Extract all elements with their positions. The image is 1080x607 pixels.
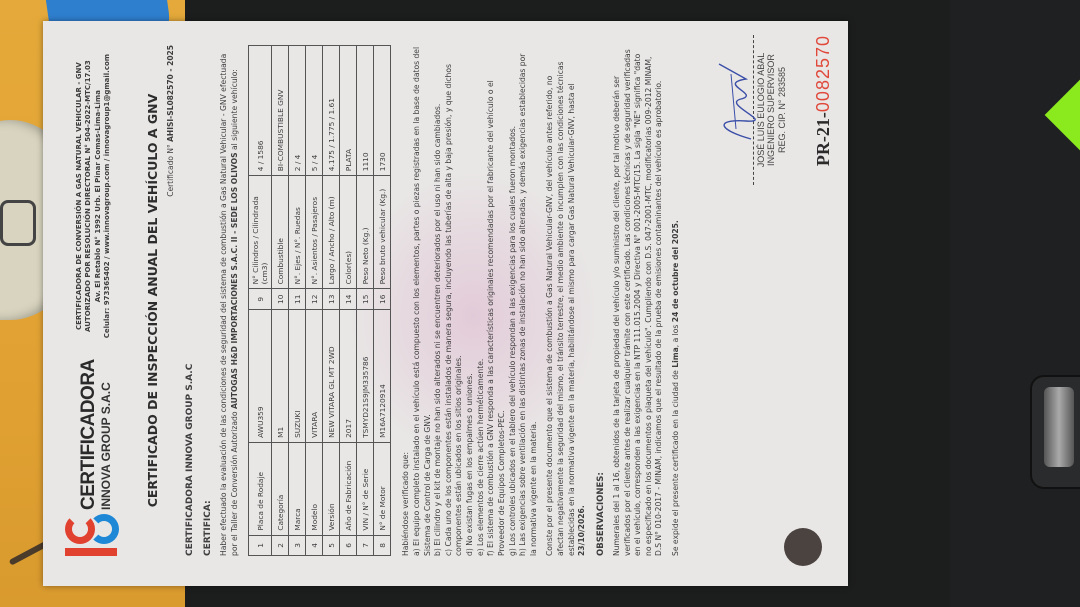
cert-number-value: AHISI-SL082570 - 2025: [166, 45, 175, 142]
row-number: 15: [357, 289, 374, 310]
issued-prefix: Se expide el presente certificado en la …: [671, 370, 680, 556]
dark-surface: [950, 0, 1080, 607]
verification-list: Habiéndose verificado que: a) El equipo …: [401, 45, 539, 556]
field-value: NEW VITARA GL MT 2WD: [323, 310, 340, 443]
field-value: SUZUKI: [289, 310, 306, 443]
table-row: 7VIN / N° de SerieTSMYD21S9JM33578615Pes…: [357, 46, 374, 556]
logo-line1: CERTIFICADORA: [79, 359, 98, 510]
document-title: CERTIFICADO DE INSPECCIÓN ANUAL DEL VEHÍ…: [145, 45, 160, 556]
verification-item: h) Las exigencias sobre ventilación en l…: [518, 45, 539, 556]
serial-prefix: PR-21-: [813, 112, 833, 166]
verification-item: g) Los controles ubicados en el tablero …: [508, 45, 519, 556]
verification-item: e) Los elementos de cierre actúen hermét…: [476, 45, 487, 556]
field-value: AWU359: [249, 310, 272, 443]
row-number: 14: [340, 289, 357, 310]
signature-scribble-icon: [711, 59, 761, 149]
signature-block: JOSÉ LUIS EULOGIO ABAL INGENIERO SUPERVI…: [753, 35, 788, 185]
logo-text: CERTIFICADORA INNOVA GROUP S.A.C: [79, 359, 112, 510]
serial-value: 0082570: [813, 35, 833, 112]
certificate-paper: CERTIFICADORA INNOVA GROUP S.A.C CERTIFI…: [43, 21, 848, 586]
row-number: 11: [289, 289, 306, 310]
signer-registry: REG. CIP. N° 283585: [777, 35, 788, 185]
row-number: 3: [289, 535, 306, 555]
field-value: 4 / 1586: [249, 46, 272, 176]
conclusion-paragraph: Conste por el presente documento que el …: [545, 45, 588, 556]
intro-suffix: al siguiente vehículo:: [230, 69, 239, 150]
verification-item: a) El equipo completo instalado en el ve…: [412, 45, 433, 556]
row-number: 8: [374, 535, 391, 555]
verification-item: b) El cilindro y el kit de montaje no ha…: [433, 45, 444, 556]
company-contact: Celular: 973365402 / www.innovagroup.com…: [103, 45, 112, 347]
field-label: N°. Ejes / N°. Ruedas: [289, 176, 306, 289]
row-number: 6: [340, 535, 357, 555]
row-number: 1: [249, 535, 272, 555]
issued-mid: , a los: [671, 325, 680, 348]
field-value: VITARA: [306, 310, 323, 443]
verification-item: c) Cada uno de los componentes están ins…: [444, 45, 465, 556]
field-value: M16A7120914: [374, 310, 391, 443]
row-number: 16: [374, 289, 391, 310]
field-value: 4.175 / 1.775 / 1.61: [323, 46, 340, 176]
intro-paragraph: Haber efectuado la evaluación de las con…: [219, 45, 240, 556]
valid-until: 23/10/2026.: [577, 505, 586, 556]
logo-line2: INNOVA GROUP S.A.C: [100, 359, 112, 510]
row-number: 10: [272, 289, 289, 310]
field-label: Color(es): [340, 176, 357, 289]
field-label: N° Cilindros / Cilindrada (cm3): [249, 176, 272, 289]
field-label: Largo / Ancho / Alto (m): [323, 176, 340, 289]
conclusion-text: Conste por el presente documento que el …: [545, 62, 575, 556]
certifica-heading: CERTIFICA:: [203, 45, 213, 556]
table-row: 1Placa de RodajeAWU3599N° Cilindros / Ci…: [249, 46, 272, 556]
field-value: TSMYD21S9JM335786: [357, 310, 374, 443]
field-value: 1110: [357, 46, 374, 176]
row-number: 5: [323, 535, 340, 555]
field-value: 1730: [374, 46, 391, 176]
row-number: 13: [323, 289, 340, 310]
verification-item: f) El sistema de combustión a GNV respon…: [486, 45, 507, 556]
issued-date: 24 de octubre del 2025.: [671, 220, 680, 322]
row-number: 9: [249, 289, 272, 310]
field-value: PLATA: [340, 46, 357, 176]
verification-item: d) No existan fugas en los empalmes o un…: [465, 45, 476, 556]
row-number: 7: [357, 535, 374, 555]
certificate-header: CERTIFICADORA INNOVA GROUP S.A.C CERTIFI…: [65, 45, 125, 556]
row-number: 12: [306, 289, 323, 310]
shoe-lace: [0, 200, 36, 246]
field-label: Versión: [323, 442, 340, 535]
device-clip: [1030, 375, 1080, 489]
company-info-line: AUTORIZADO POR RESOLUCIÓN DIRECTORAL N° …: [84, 45, 93, 347]
field-label: Marca: [289, 442, 306, 535]
certificate-number: Certificado N° AHISI-SL082570 - 2025: [166, 45, 175, 556]
observations-text: Numerales del 1 al 16, obtenidos de la t…: [612, 45, 665, 556]
row-number: 4: [306, 535, 323, 555]
field-value: 2017: [340, 310, 357, 443]
field-value: BI-COMBUSTIBLE GNV: [272, 46, 289, 176]
field-value: M1: [272, 310, 289, 443]
workshop-name: AUTOGAS H&D IMPORTACIONES S.A.C. II - SE…: [230, 152, 239, 409]
table-row: 5VersiónNEW VITARA GL MT 2WD13Largo / An…: [323, 46, 340, 556]
issued-city: Lima: [671, 347, 680, 367]
table-row: 2CategoríaM110CombustibleBI-COMBUSTIBLE …: [272, 46, 289, 556]
field-label: Año de Fabricación: [340, 442, 357, 535]
company-address: Av. El Retablo N° 1992 Urb. El Pinar Com…: [94, 45, 103, 347]
field-label: Categoría: [272, 442, 289, 535]
organization-name: CERTIFICADORA INNOVA GROUP S.A.C: [185, 45, 195, 556]
field-label: Peso Neto (Kg.): [357, 176, 374, 289]
observations-heading: OBSERVACIONES:: [596, 45, 606, 556]
ig-logo-icon: [65, 514, 125, 556]
field-label: Combustible: [272, 176, 289, 289]
table-row: 3MarcaSUZUKI11N°. Ejes / N°. Ruedas2 / 4: [289, 46, 306, 556]
field-value: 2 / 4: [289, 46, 306, 176]
company-info: CERTIFICADORA DE CONVERSIÓN A GAS NATURA…: [75, 45, 113, 347]
field-label: N°. Asientos / Pasajeros: [306, 176, 323, 289]
table-row: 8N° de MotorM16A712091416Peso bruto vehi…: [374, 46, 391, 556]
issued-line: Se expide el presente certificado en la …: [671, 45, 682, 556]
company-logo: CERTIFICADORA INNOVA GROUP S.A.C: [65, 359, 125, 556]
field-label: Modelo: [306, 442, 323, 535]
serial-number: PR-21-0082570: [813, 35, 834, 166]
field-label: N° de Motor: [374, 442, 391, 535]
signer-role: INGENIERO SUPERVISOR: [766, 35, 777, 185]
vehicle-table: 1Placa de RodajeAWU3599N° Cilindros / Ci…: [248, 45, 391, 556]
field-label: Placa de Rodaje: [249, 442, 272, 535]
row-number: 2: [272, 535, 289, 555]
cert-number-label: Certificado N°: [166, 144, 175, 197]
table-row: 4ModeloVITARA12N°. Asientos / Pasajeros5…: [306, 46, 323, 556]
field-label: Peso bruto vehicular (Kg.): [374, 176, 391, 289]
table-row: 6Año de Fabricación201714Color(es)PLATA: [340, 46, 357, 556]
checks-intro: Habiéndose verificado que:: [401, 45, 412, 556]
field-value: 5 / 4: [306, 46, 323, 176]
field-label: VIN / N° de Serie: [357, 442, 374, 535]
